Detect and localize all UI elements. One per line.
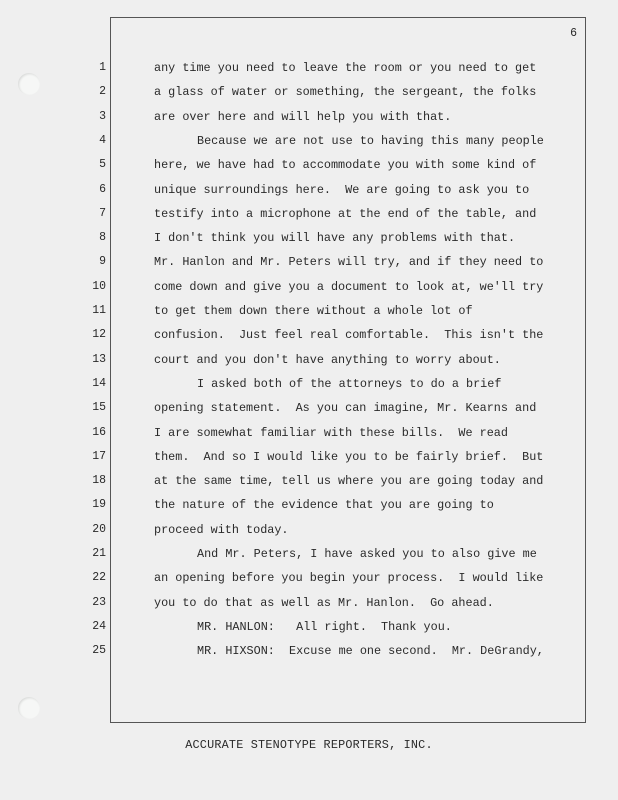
transcript-line: an opening before you begin your process… bbox=[154, 566, 543, 590]
line-number: 22 bbox=[80, 566, 106, 590]
line-number: 20 bbox=[80, 518, 106, 542]
transcript-line: a glass of water or something, the serge… bbox=[154, 80, 536, 104]
transcript-line: confusion. Just feel real comfortable. T… bbox=[154, 323, 543, 347]
line-number: 21 bbox=[80, 542, 106, 566]
line-number: 18 bbox=[80, 469, 106, 493]
transcript-line: I don't think you will have any problems… bbox=[154, 226, 515, 250]
line-number: 9 bbox=[80, 250, 106, 274]
punch-hole-bottom bbox=[18, 697, 40, 719]
transcript-line: proceed with today. bbox=[154, 518, 289, 542]
line-number: 6 bbox=[80, 178, 106, 202]
transcript-line: unique surroundings here. We are going t… bbox=[154, 178, 529, 202]
line-number: 3 bbox=[80, 105, 106, 129]
transcript-line: them. And so I would like you to be fair… bbox=[154, 445, 543, 469]
line-number: 24 bbox=[80, 615, 106, 639]
transcript-line: are over here and will help you with tha… bbox=[154, 105, 451, 129]
transcript-line: Mr. Hanlon and Mr. Peters will try, and … bbox=[154, 250, 543, 274]
line-number: 23 bbox=[80, 591, 106, 615]
transcript-line: MR. HANLON: All right. Thank you. bbox=[197, 615, 452, 639]
transcript-line: come down and give you a document to loo… bbox=[154, 275, 543, 299]
page-number: 6 bbox=[570, 27, 577, 40]
transcript-line: the nature of the evidence that you are … bbox=[154, 493, 494, 517]
transcript-line: Because we are not use to having this ma… bbox=[197, 129, 544, 153]
transcript-line: court and you don't have anything to wor… bbox=[154, 348, 501, 372]
transcript-line: at the same time, tell us where you are … bbox=[154, 469, 543, 493]
line-number: 2 bbox=[80, 80, 106, 104]
transcript-line: you to do that as well as Mr. Hanlon. Go… bbox=[154, 591, 494, 615]
transcript-line: any time you need to leave the room or y… bbox=[154, 56, 536, 80]
line-number: 17 bbox=[80, 445, 106, 469]
transcript-line: testify into a microphone at the end of … bbox=[154, 202, 536, 226]
line-number: 19 bbox=[80, 493, 106, 517]
transcript-line: I asked both of the attorneys to do a br… bbox=[197, 372, 501, 396]
reporter-footer: ACCURATE STENOTYPE REPORTERS, INC. bbox=[0, 738, 618, 752]
line-number: 11 bbox=[80, 299, 106, 323]
transcript-line: I are somewhat familiar with these bills… bbox=[154, 421, 508, 445]
line-number: 25 bbox=[80, 639, 106, 663]
line-number: 12 bbox=[80, 323, 106, 347]
line-number: 14 bbox=[80, 372, 106, 396]
line-number: 7 bbox=[80, 202, 106, 226]
transcript-line: And Mr. Peters, I have asked you to also… bbox=[197, 542, 537, 566]
transcript-line: opening statement. As you can imagine, M… bbox=[154, 396, 536, 420]
line-number: 13 bbox=[80, 348, 106, 372]
line-number: 4 bbox=[80, 129, 106, 153]
line-number: 1 bbox=[80, 56, 106, 80]
transcript-line: MR. HIXSON: Excuse me one second. Mr. De… bbox=[197, 639, 544, 663]
line-number: 5 bbox=[80, 153, 106, 177]
punch-hole-top bbox=[18, 73, 40, 95]
line-number: 8 bbox=[80, 226, 106, 250]
line-number: 16 bbox=[80, 421, 106, 445]
line-number: 15 bbox=[80, 396, 106, 420]
transcript-line: here, we have had to accommodate you wit… bbox=[154, 153, 536, 177]
transcript-line: to get them down there without a whole l… bbox=[154, 299, 473, 323]
line-number: 10 bbox=[80, 275, 106, 299]
